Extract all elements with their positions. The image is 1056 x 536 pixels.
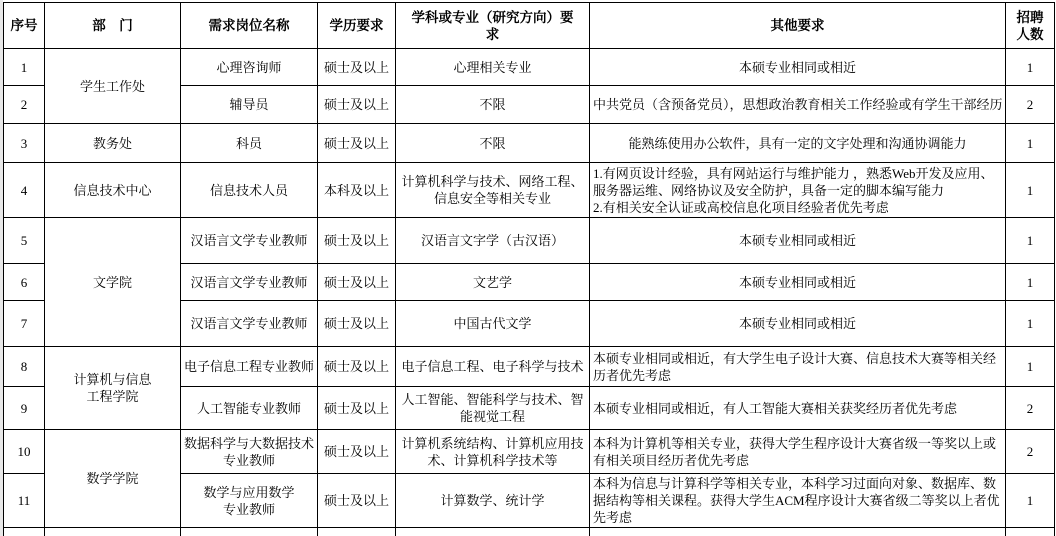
table-row: 8计算机与信息 工程学院电子信息工程专业教师硕士及以上电子信息工程、电子科学与技… bbox=[4, 347, 1055, 387]
cell-no: 10 bbox=[4, 430, 45, 474]
cell-no: 7 bbox=[4, 301, 45, 347]
cell-position: 信息技术人员 bbox=[181, 163, 318, 218]
cutoff-cell bbox=[590, 528, 1006, 536]
cell-degree: 硕士及以上 bbox=[318, 347, 396, 387]
cell-major: 文艺学 bbox=[396, 264, 590, 301]
cell-no: 6 bbox=[4, 264, 45, 301]
header-other: 其他要求 bbox=[590, 3, 1006, 49]
header-dept: 部 门 bbox=[45, 3, 181, 49]
cell-dept: 文学院 bbox=[45, 218, 181, 347]
cell-degree: 硕士及以上 bbox=[318, 124, 396, 163]
table-header-row: 序号部 门需求岗位名称学历要求学科或专业（研究方向）要 求其他要求招聘 人数 bbox=[4, 3, 1055, 49]
cutoff-row bbox=[4, 528, 1055, 536]
cell-major: 计算数学、统计学 bbox=[396, 474, 590, 528]
table-row: 4信息技术中心信息技术人员本科及以上计算机科学与技术、网络工程、信息安全等相关专… bbox=[4, 163, 1055, 218]
cell-position: 汉语言文学专业教师 bbox=[181, 301, 318, 347]
cell-other: 本硕专业相同或相近 bbox=[590, 301, 1006, 347]
cell-count: 1 bbox=[1006, 124, 1055, 163]
cutoff-cell bbox=[45, 528, 181, 536]
cell-count: 1 bbox=[1006, 474, 1055, 528]
cutoff-cell bbox=[1006, 528, 1055, 536]
recruitment-table: 序号部 门需求岗位名称学历要求学科或专业（研究方向）要 求其他要求招聘 人数 1… bbox=[3, 2, 1055, 536]
cell-major: 电子信息工程、电子科学与技术 bbox=[396, 347, 590, 387]
cell-position: 汉语言文学专业教师 bbox=[181, 264, 318, 301]
cell-no: 1 bbox=[4, 49, 45, 86]
cell-other: 本硕专业相同或相近 bbox=[590, 264, 1006, 301]
cell-position: 心理咨询师 bbox=[181, 49, 318, 86]
cell-count: 2 bbox=[1006, 86, 1055, 124]
cell-dept: 学生工作处 bbox=[45, 49, 181, 124]
cell-other: 本科为计算机等相关专业，获得大学生程序设计大赛省级一等奖以上或有相关项目经历者优… bbox=[590, 430, 1006, 474]
cell-count: 2 bbox=[1006, 387, 1055, 430]
cutoff-cell bbox=[318, 528, 396, 536]
cell-count: 2 bbox=[1006, 430, 1055, 474]
cell-other: 本硕专业相同或相近，有人工智能大赛相关获奖经历者优先考虑 bbox=[590, 387, 1006, 430]
cell-no: 5 bbox=[4, 218, 45, 264]
cell-other: 本硕专业相同或相近，有大学生电子设计大赛、信息技术大赛等相关经历者优先考虑 bbox=[590, 347, 1006, 387]
cell-major: 不限 bbox=[396, 86, 590, 124]
cell-count: 1 bbox=[1006, 163, 1055, 218]
table-row: 1学生工作处心理咨询师硕士及以上心理相关专业本硕专业相同或相近1 bbox=[4, 49, 1055, 86]
cell-no: 2 bbox=[4, 86, 45, 124]
table-row: 3教务处科员硕士及以上不限能熟练使用办公软件，具有一定的文字处理和沟通协调能力1 bbox=[4, 124, 1055, 163]
table-row: 5文学院汉语言文学专业教师硕士及以上汉语言文字学（古汉语）本硕专业相同或相近1 bbox=[4, 218, 1055, 264]
cell-no: 8 bbox=[4, 347, 45, 387]
cell-major: 计算机科学与技术、网络工程、信息安全等相关专业 bbox=[396, 163, 590, 218]
cell-count: 1 bbox=[1006, 218, 1055, 264]
cell-major: 心理相关专业 bbox=[396, 49, 590, 86]
cell-position: 辅导员 bbox=[181, 86, 318, 124]
cell-degree: 本科及以上 bbox=[318, 163, 396, 218]
cell-count: 1 bbox=[1006, 264, 1055, 301]
cell-position: 电子信息工程专业教师 bbox=[181, 347, 318, 387]
cell-dept: 计算机与信息 工程学院 bbox=[45, 347, 181, 430]
header-degree: 学历要求 bbox=[318, 3, 396, 49]
cell-position: 数据科学与大数据技术 专业教师 bbox=[181, 430, 318, 474]
cell-degree: 硕士及以上 bbox=[318, 301, 396, 347]
cutoff-cell bbox=[4, 528, 45, 536]
cell-degree: 硕士及以上 bbox=[318, 474, 396, 528]
cell-position: 汉语言文学专业教师 bbox=[181, 218, 318, 264]
cell-count: 1 bbox=[1006, 347, 1055, 387]
cell-major: 中国古代文学 bbox=[396, 301, 590, 347]
table-body: 1学生工作处心理咨询师硕士及以上心理相关专业本硕专业相同或相近12辅导员硕士及以… bbox=[4, 49, 1055, 536]
cell-other: 能熟练使用办公软件，具有一定的文字处理和沟通协调能力 bbox=[590, 124, 1006, 163]
cell-major: 计算机系统结构、计算机应用技术、计算机科学技术等 bbox=[396, 430, 590, 474]
cell-dept: 信息技术中心 bbox=[45, 163, 181, 218]
cell-other: 本硕专业相同或相近 bbox=[590, 49, 1006, 86]
cell-degree: 硕士及以上 bbox=[318, 218, 396, 264]
table-row: 序号部 门需求岗位名称学历要求学科或专业（研究方向）要 求其他要求招聘 人数 bbox=[4, 3, 1055, 49]
cell-degree: 硕士及以上 bbox=[318, 430, 396, 474]
cutoff-cell bbox=[396, 528, 590, 536]
cell-degree: 硕士及以上 bbox=[318, 86, 396, 124]
cell-position: 科员 bbox=[181, 124, 318, 163]
cell-count: 1 bbox=[1006, 49, 1055, 86]
header-count: 招聘 人数 bbox=[1006, 3, 1055, 49]
cell-degree: 硕士及以上 bbox=[318, 264, 396, 301]
spreadsheet-view: 序号部 门需求岗位名称学历要求学科或专业（研究方向）要 求其他要求招聘 人数 1… bbox=[0, 0, 1056, 536]
cell-position: 数学与应用数学 专业教师 bbox=[181, 474, 318, 528]
table-row: 10数学学院数据科学与大数据技术 专业教师硕士及以上计算机系统结构、计算机应用技… bbox=[4, 430, 1055, 474]
cell-other: 本科为信息与计算科学等相关专业，本科学习过面向对象、数据库、数据结构等相关课程。… bbox=[590, 474, 1006, 528]
header-no: 序号 bbox=[4, 3, 45, 49]
cell-other: 中共党员（含预备党员），思想政治教育相关工作经验或有学生干部经历 bbox=[590, 86, 1006, 124]
cell-dept: 数学学院 bbox=[45, 430, 181, 528]
cell-no: 3 bbox=[4, 124, 45, 163]
cell-major: 人工智能、智能科学与技术、智能视觉工程 bbox=[396, 387, 590, 430]
cell-degree: 硕士及以上 bbox=[318, 49, 396, 86]
cutoff-cell bbox=[181, 528, 318, 536]
cell-no: 11 bbox=[4, 474, 45, 528]
cell-other: 1.有网页设计经验，具有网站运行与维护能力 ，熟悉Web开发及应用、服务器运维、… bbox=[590, 163, 1006, 218]
header-position: 需求岗位名称 bbox=[181, 3, 318, 49]
cell-dept: 教务处 bbox=[45, 124, 181, 163]
cell-count: 1 bbox=[1006, 301, 1055, 347]
cell-major: 汉语言文字学（古汉语） bbox=[396, 218, 590, 264]
cell-no: 9 bbox=[4, 387, 45, 430]
header-major: 学科或专业（研究方向）要 求 bbox=[396, 3, 590, 49]
cell-position: 人工智能专业教师 bbox=[181, 387, 318, 430]
cell-other: 本硕专业相同或相近 bbox=[590, 218, 1006, 264]
cell-degree: 硕士及以上 bbox=[318, 387, 396, 430]
cell-no: 4 bbox=[4, 163, 45, 218]
cell-major: 不限 bbox=[396, 124, 590, 163]
